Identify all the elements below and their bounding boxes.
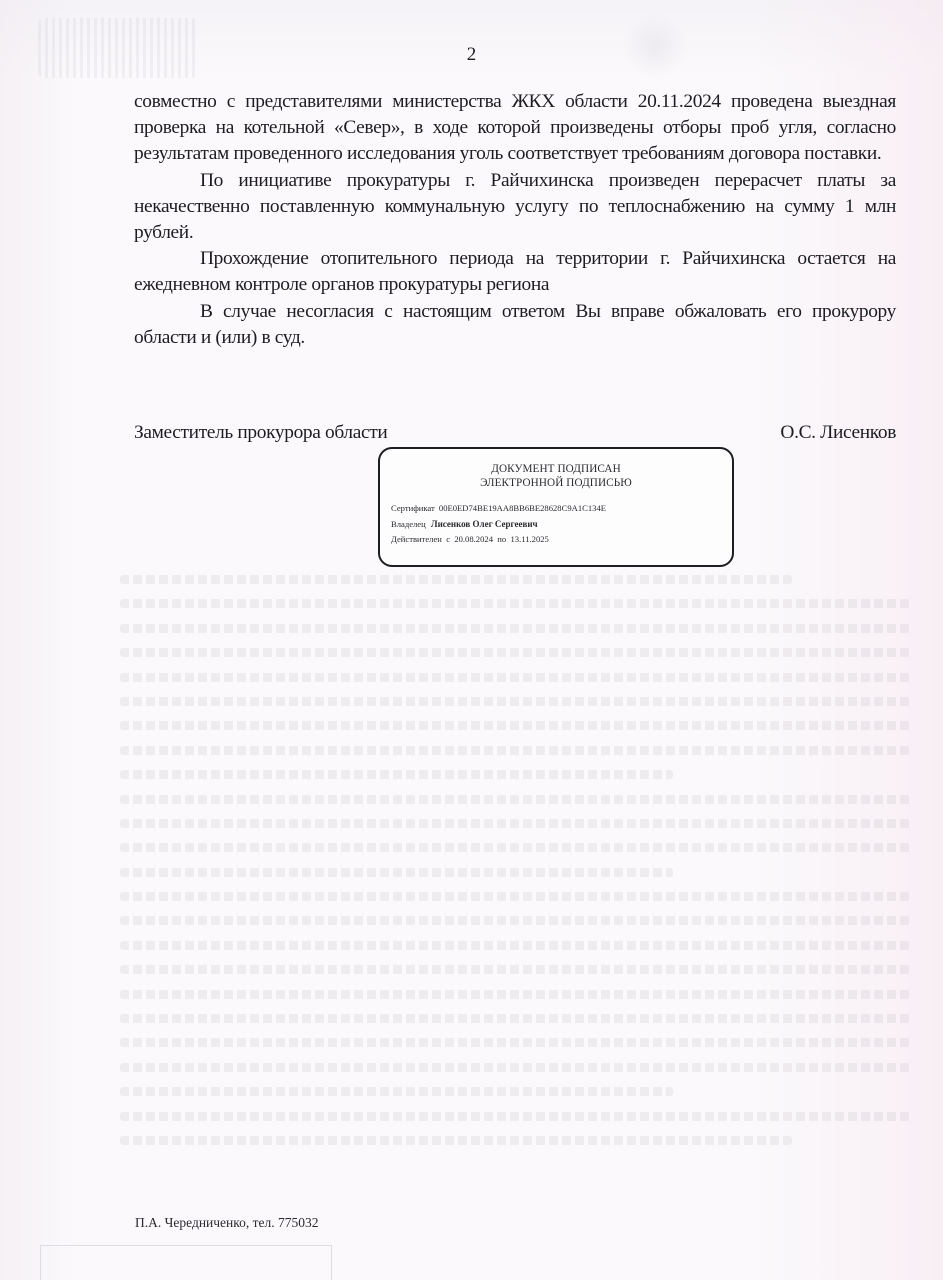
- stamp-owner-row: Владелец Лисенков Олег Сергеевич: [391, 517, 732, 533]
- reverse-side-stamp-bleed: [40, 1245, 332, 1280]
- validity-from: 20.08.2024: [454, 534, 493, 544]
- validity-label: Действителен: [391, 534, 442, 544]
- page-number: 2: [0, 44, 943, 66]
- validity-to-label: по: [497, 534, 506, 544]
- owner-value: Лисенков Олег Сергеевич: [431, 519, 538, 529]
- signatory-name: О.С. Лисенков: [780, 422, 896, 444]
- stamp-title-line1: ДОКУМЕНТ ПОДПИСАН: [380, 462, 732, 476]
- stamp-validity-row: Действителен с 20.08.2024 по 13.11.2025: [391, 532, 732, 548]
- paragraph-heating-control: Прохождение отопительного периода на тер…: [134, 246, 896, 298]
- certificate-value: 00E0ED74BE19AA8BB6BE28628C9A1C134E: [439, 503, 606, 513]
- reverse-side-text-bleed: [120, 575, 910, 1160]
- signatory-position: Заместитель прокурора области: [134, 422, 387, 444]
- stamp-title-line2: ЭЛЕКТРОННОЙ ПОДПИСЬЮ: [380, 476, 732, 490]
- validity-from-label: с: [446, 534, 450, 544]
- electronic-signature-stamp: ДОКУМЕНТ ПОДПИСАН ЭЛЕКТРОННОЙ ПОДПИСЬЮ С…: [378, 447, 734, 567]
- executor-contact: П.А. Чередниченко, тел. 775032: [135, 1215, 319, 1231]
- stamp-certificate-row: Сертификат 00E0ED74BE19AA8BB6BE28628C9A1…: [391, 501, 732, 517]
- paragraph-inspection: совместно с представителями министерства…: [134, 89, 896, 168]
- letter-body: совместно с представителями министерства…: [134, 89, 896, 351]
- stamp-details: Сертификат 00E0ED74BE19AA8BB6BE28628C9A1…: [391, 501, 732, 548]
- paragraph-recalculation: По инициативе прокуратуры г. Райчихинска…: [134, 168, 896, 247]
- validity-to: 13.11.2025: [510, 534, 548, 544]
- signature-block: Заместитель прокурора области О.С. Лисен…: [134, 422, 896, 444]
- owner-label: Владелец: [391, 519, 426, 529]
- stamp-title: ДОКУМЕНТ ПОДПИСАН ЭЛЕКТРОННОЙ ПОДПИСЬЮ: [380, 462, 732, 490]
- paragraph-appeal-rights: В случае несогласия с настоящим ответом …: [134, 299, 896, 351]
- certificate-label: Сертификат: [391, 503, 435, 513]
